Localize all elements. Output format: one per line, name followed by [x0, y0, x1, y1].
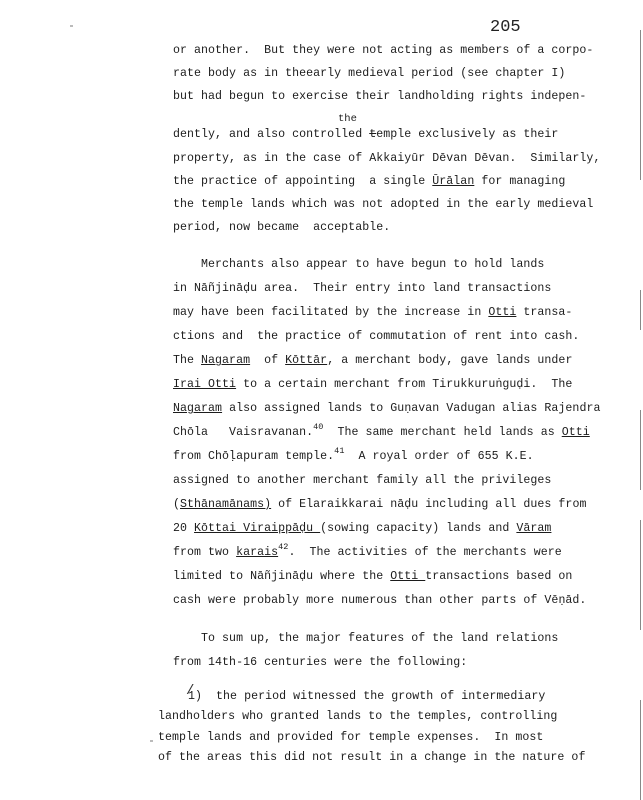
underlined-term: Nagaram [201, 354, 250, 367]
text-line: Merchants also appear to have begun to h… [173, 258, 544, 272]
text-line: but had begun to exercise their landhold… [173, 90, 586, 104]
underlined-term: Otti [562, 426, 590, 439]
scan-margin-line [640, 520, 641, 630]
text-line: landholders who granted lands to the tem… [158, 710, 557, 724]
text-line: the temple lands which was not adopted i… [173, 198, 593, 212]
scan-speck [70, 25, 73, 27]
scan-speck [150, 740, 153, 742]
scan-margin-line [640, 410, 641, 490]
handwritten-insertion: the [338, 113, 357, 125]
text-line: the practice of appointing a single Ūrāl… [173, 175, 565, 189]
text-line: temple lands and provided for temple exp… [158, 731, 543, 745]
underlined-term: Ūrālan [432, 175, 474, 188]
footnote-ref: 40 [313, 422, 323, 432]
underlined-term: Kōttai Viraippāḍu [194, 522, 320, 535]
text-line: in Nāñjināḍu area. Their entry into land… [173, 282, 551, 296]
struck-letter: t [369, 128, 376, 141]
text-line: ctions and the practice of commutation o… [173, 330, 579, 344]
footnote-ref: 41 [334, 446, 344, 456]
text-line: assigned to another merchant family all … [173, 474, 551, 488]
text-line: Irai Otti to a certain merchant from Tir… [173, 378, 572, 392]
text-line: of the areas this did not result in a ch… [158, 751, 585, 765]
underlined-term: Kōttār [285, 354, 327, 367]
underlined-term: karais [236, 546, 278, 559]
text-line: from two karais42. The activities of the… [173, 546, 562, 560]
underlined-term: Sthānamānams) [180, 498, 271, 511]
underlined-term: Nagaram [173, 402, 222, 415]
scan-margin-line [640, 700, 641, 800]
text-line: limited to Nāñjināḍu where the Otti tran… [173, 570, 572, 584]
text-line: rate body as in theearly medieval period… [173, 67, 565, 81]
footnote-ref: 42 [278, 542, 288, 552]
text-line: 20 Kōttai Viraippāḍu (sowing capacity) l… [173, 522, 551, 536]
text-line: 1) the period witnessed the growth of in… [174, 690, 545, 704]
page-number: 205 [490, 18, 521, 37]
text-line: from Chōḷapuram temple.41 A royal order … [173, 450, 534, 464]
underlined-term: Vāram [516, 522, 551, 535]
underlined-term: Otti [390, 570, 425, 583]
text-line: dently, and also controlled temple exclu… [173, 128, 558, 142]
scan-margin-line [640, 30, 641, 180]
text-line: To sum up, the major features of the lan… [173, 632, 558, 646]
text-line: period, now became acceptable. [173, 221, 390, 235]
scan-margin-line [640, 290, 641, 330]
text-line: property, as in the case of Akkaiyūr Dēv… [173, 152, 600, 166]
text-line: (Sthānamānams) of Elaraikkarai nāḍu incl… [173, 498, 586, 512]
underlined-term: Irai Otti [173, 378, 236, 391]
text-line: or another. But they were not acting as … [173, 44, 593, 58]
text-line: Nagaram also assigned lands to Guṇavan V… [173, 402, 600, 416]
underlined-term: Otti [488, 306, 516, 319]
text-line: may have been facilitated by the increas… [173, 306, 572, 320]
text-line: Chōla Vaisravanan.40 The same merchant h… [173, 426, 590, 440]
text-line: The Nagaram of Kōttār, a merchant body, … [173, 354, 572, 368]
text-line: cash were probably more numerous than ot… [173, 594, 586, 608]
text-line: from 14th-16 centuries were the followin… [173, 656, 467, 670]
